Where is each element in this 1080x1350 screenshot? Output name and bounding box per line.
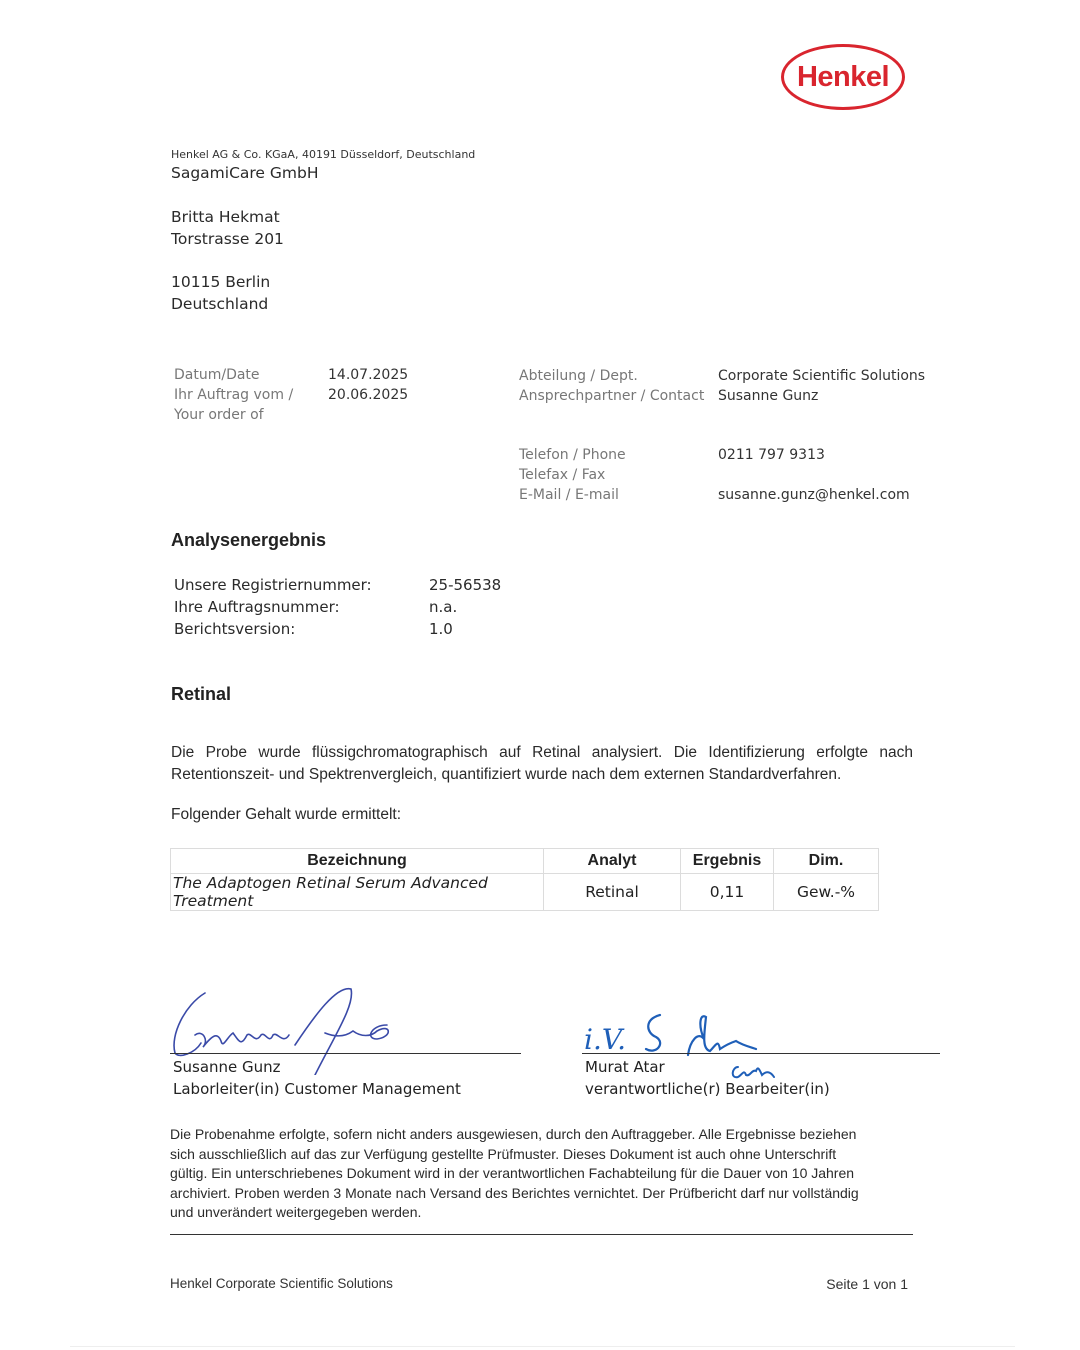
date-label: Datum/Date (174, 366, 260, 386)
iv-prefix: i.V. (584, 1023, 626, 1056)
registration-value: 25-56538 (429, 574, 501, 596)
registration-label: Unsere Registriernummer: (174, 574, 372, 596)
order-number-label: Ihre Auftragsnummer: (174, 596, 340, 618)
fax-label: Telefax / Fax (519, 466, 605, 486)
signature-line-right (582, 1053, 940, 1054)
email-label: E-Mail / E-mail (519, 486, 619, 506)
header-ergebnis: Ergebnis (681, 849, 774, 874)
page-number: Seite 1 von 1 (826, 1276, 908, 1292)
order-date-label: Ihr Auftrag vom / Your order of (174, 386, 324, 425)
results-intro: Folgender Gehalt wurde ermittelt: (171, 806, 401, 824)
recipient-city: 10115 Berlin (171, 273, 270, 291)
sender-line: Henkel AG & Co. KGaA, 40191 Düsseldorf, … (171, 148, 475, 161)
recipient-street: Torstrasse 201 (171, 230, 284, 248)
page-edge (70, 1346, 1015, 1347)
footer-divider (170, 1234, 913, 1235)
table-row: The Adaptogen Retinal Serum Advanced Tre… (171, 874, 879, 911)
method-paragraph: Die Probe wurde flüssigchromatographisch… (171, 742, 913, 786)
dept-value: Corporate Scientific Solutions (718, 367, 925, 387)
logo-text: Henkel (797, 61, 889, 94)
header-dim: Dim. (774, 849, 879, 874)
cell-unit: Gew.-% (774, 874, 879, 911)
section-heading: Retinal (171, 684, 231, 705)
henkel-logo: Henkel (781, 44, 905, 110)
report-version-value: 1.0 (429, 618, 453, 640)
signer-role-left: Laborleiter(in) Customer Management (173, 1078, 461, 1100)
recipient-company: SagamiCare GmbH (171, 164, 319, 182)
footer-company: Henkel Corporate Scientific Solutions (170, 1276, 393, 1291)
phone-label: Telefon / Phone (519, 446, 626, 466)
recipient-name: Britta Hekmat (171, 208, 280, 226)
cell-result: 0,11 (681, 874, 774, 911)
signer-role-right: verantwortliche(r) Bearbeiter(in) (585, 1078, 830, 1100)
recipient-country: Deutschland (171, 295, 268, 313)
results-table: Bezeichnung Analyt Ergebnis Dim. The Ada… (170, 848, 879, 911)
analysis-heading: Analysenergebnis (171, 530, 326, 551)
order-date-value: 20.06.2025 (328, 386, 408, 406)
contact-value: Susanne Gunz (718, 387, 818, 407)
signer-name-left: Susanne Gunz (173, 1056, 281, 1078)
order-number-value: n.a. (429, 596, 457, 618)
date-value: 14.07.2025 (328, 366, 408, 386)
disclaimer-text: Die Probenahme erfolgte, sofern nicht an… (170, 1125, 870, 1223)
phone-value: 0211 797 9313 (718, 446, 825, 466)
cell-analyte: Retinal (544, 874, 681, 911)
contact-label: Ansprechpartner / Contact (519, 387, 704, 407)
signer-name-right: Murat Atar (585, 1056, 665, 1078)
dept-label: Abteilung / Dept. (519, 367, 638, 387)
signature-line-left (170, 1053, 521, 1054)
cell-product-name: The Adaptogen Retinal Serum Advanced Tre… (171, 874, 544, 911)
report-version-label: Berichtsversion: (174, 618, 295, 640)
table-header-row: Bezeichnung Analyt Ergebnis Dim. (171, 849, 879, 874)
header-analyt: Analyt (544, 849, 681, 874)
header-bezeichnung: Bezeichnung (171, 849, 544, 874)
email-value[interactable]: susanne.gunz@henkel.com (718, 486, 910, 506)
